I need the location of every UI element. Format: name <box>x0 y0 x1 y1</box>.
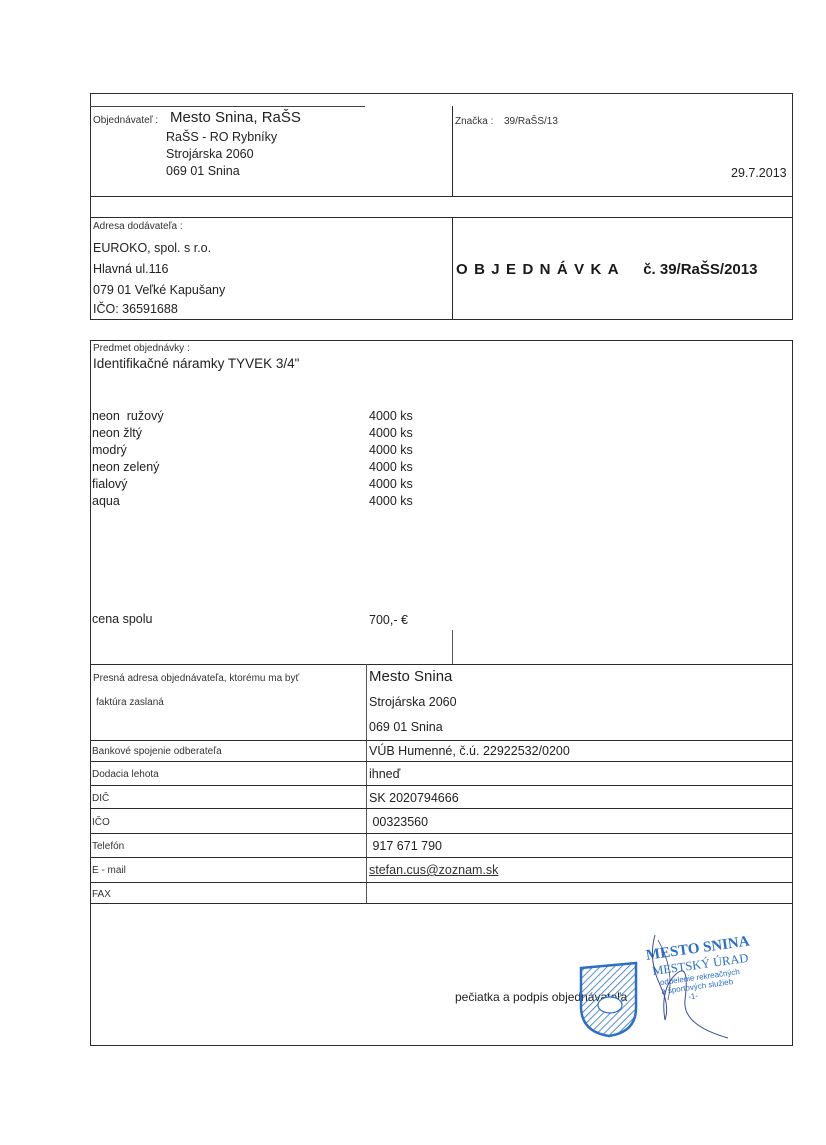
color-name: fialový <box>92 477 127 491</box>
reference-label: Značka : <box>455 116 493 127</box>
order-title-word: OBJEDNÁVKA <box>456 261 625 278</box>
color-name: modrý <box>92 443 127 457</box>
detail-value-email-link[interactable]: stefan.cus@zoznam.sk <box>369 863 498 877</box>
orderer-label: Objednávateľ : <box>93 115 158 126</box>
quantity: 4000 ks <box>369 476 413 493</box>
supplier-line-1: EUROKO, spol. s r.o. <box>93 241 211 255</box>
subject-item: Identifikačné náramky TYVEK 3/4" <box>93 356 299 371</box>
supplier-line-3: 079 01 Veľké Kapušany <box>93 283 225 297</box>
order-date: 29.7.2013 <box>731 166 787 180</box>
list-item: neon ružový 4000 ks <box>92 408 432 425</box>
quantity: 4000 ks <box>369 442 413 459</box>
billing-city: 069 01 Snina <box>369 720 443 734</box>
quantity: 4000 ks <box>369 459 413 476</box>
billing-label-line-1: Presná adresa objednávateľa, ktorému ma … <box>93 673 299 684</box>
quantity: 4000 ks <box>369 425 413 442</box>
quantity: 4000 ks <box>369 408 413 425</box>
subject-label: Predmet objednávky : <box>93 343 190 354</box>
billing-name: Mesto Snina <box>369 668 452 685</box>
detail-label-email: E - mail <box>92 865 126 876</box>
color-name: neon zelený <box>92 460 159 474</box>
detail-value-phone: 917 671 790 <box>369 839 442 853</box>
color-name: aqua <box>92 494 120 508</box>
detail-label-bank: Bankové spojenie odberateľa <box>92 746 222 757</box>
billing-street: Strojárska 2060 <box>369 695 457 709</box>
detail-label-phone: Telefón <box>92 841 124 852</box>
supplier-line-4: IČO: 36591688 <box>93 302 178 316</box>
orderer-line-1: RaŠS - RO Rybníky <box>166 130 277 144</box>
detail-value-bank: VÚB Humenné, č.ú. 22922532/0200 <box>369 744 570 758</box>
supplier-label: Adresa dodávateľa : <box>93 221 183 232</box>
billing-label-line-2: faktúra zaslaná <box>96 697 164 708</box>
color-name: neon ružový <box>92 409 164 423</box>
supplier-line-2: Hlavná ul.116 <box>93 262 169 276</box>
signature-scribble-icon <box>630 930 740 1040</box>
total-value: 700,- € <box>369 613 408 627</box>
list-item: aqua 4000 ks <box>92 493 432 510</box>
detail-label-ico: IČO <box>92 817 110 828</box>
order-title: OBJEDNÁVKA č. 39/RaŠS/2013 <box>456 261 757 278</box>
list-item: neon zelený 4000 ks <box>92 459 432 476</box>
orderer-line-3: 069 01 Snina <box>166 164 240 178</box>
list-item: fialový 4000 ks <box>92 476 432 493</box>
orderer-name: Mesto Snina, RaŠS <box>170 109 301 126</box>
orderer-line-2: Strojárska 2060 <box>166 147 254 161</box>
color-name: neon žltý <box>92 426 142 440</box>
total-label: cena spolu <box>92 612 152 626</box>
detail-label-dic: DIČ <box>92 793 109 804</box>
detail-value-dic: SK 2020794666 <box>369 791 459 805</box>
list-item: neon žltý 4000 ks <box>92 425 432 442</box>
order-number: č. 39/RaŠS/2013 <box>643 261 757 278</box>
detail-label-fax: FAX <box>92 889 111 900</box>
detail-label-delivery: Dodacia lehota <box>92 769 159 780</box>
reference-value: 39/RaŠS/13 <box>504 116 558 127</box>
detail-value-ico: 00323560 <box>369 815 428 829</box>
quantity: 4000 ks <box>369 493 413 510</box>
list-item: modrý 4000 ks <box>92 442 432 459</box>
detail-value-delivery: ihneď <box>369 767 400 781</box>
